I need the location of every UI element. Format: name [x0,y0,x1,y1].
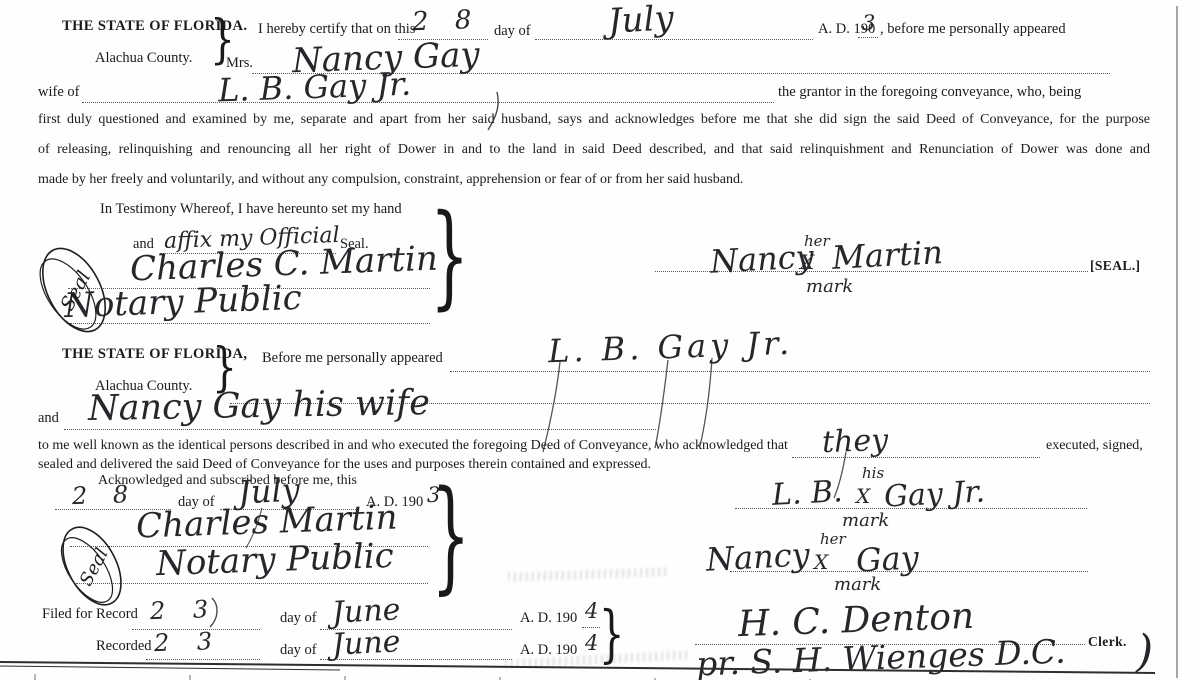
deed-acknowledgment-document: THE STATE OF FLORIDA. } I hereby certify… [0,0,1200,680]
scan-edge-line [1176,6,1178,678]
bottom-page-border [0,650,1200,680]
